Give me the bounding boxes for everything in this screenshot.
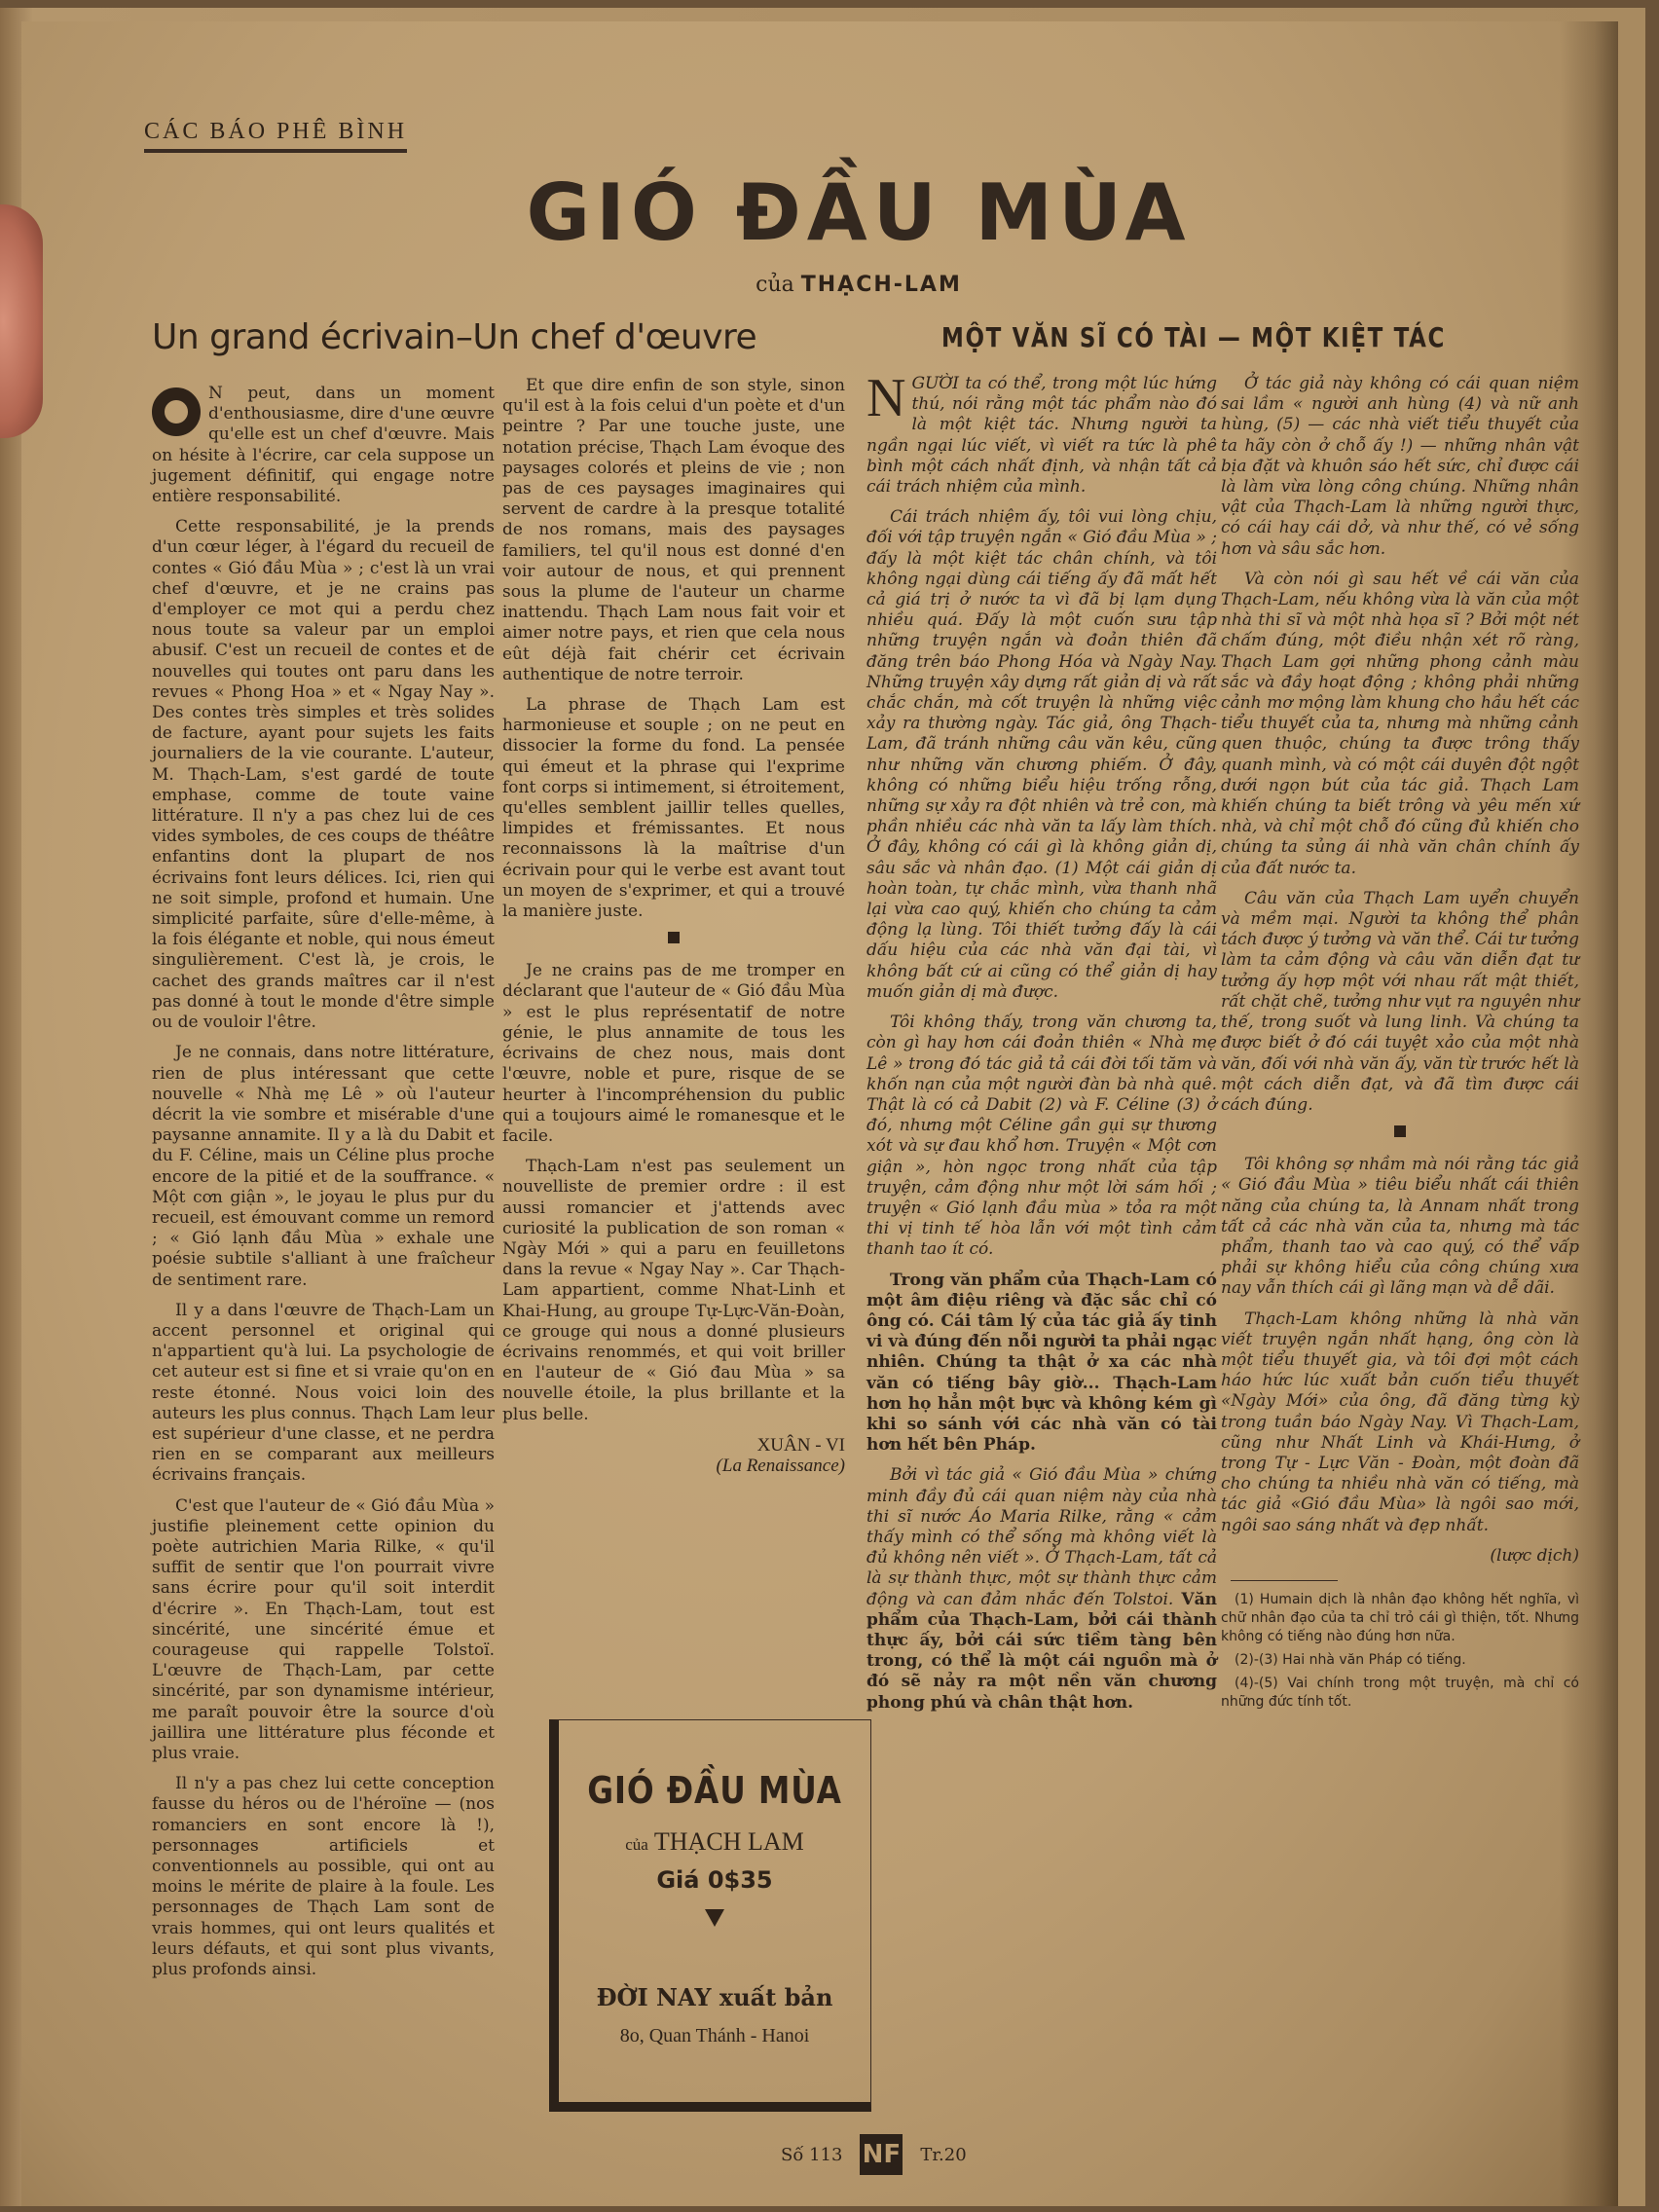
ad-title: GIÓ ĐẦU MÙA (580, 1769, 848, 1812)
byline-author: THẠCH-LAM (801, 273, 962, 297)
vietnamese-column-1: NGƯỜI ta có thể, trong một lúc hứng thú,… (866, 374, 1217, 1723)
vietnamese-paragraph: Và còn nói gì sau hết về cái văn của Thạ… (1221, 570, 1579, 879)
french-heading: Un grand écrivain–Un chef d'œuvre (152, 317, 756, 357)
byline-prefix: của (756, 273, 794, 297)
french-paragraph: La phrase de Thạch Lam est harmonieuse e… (502, 695, 845, 922)
french-paragraph: Il n'y a pas chez lui cette conception f… (152, 1774, 495, 1980)
vietnamese-paragraph: Bởi vì tác giả « Gió đầu Mùa » chứng min… (866, 1465, 1217, 1713)
french-paragraph: C'est que l'auteur de « Gió đầu Mùa » ju… (152, 1496, 495, 1765)
vietnamese-column-2: Ở tác giả này không có cái quan niệm sai… (1221, 374, 1579, 1716)
french-paragraph: Et que dire enfin de son style, sinon qu… (502, 376, 845, 685)
ad-author: của THẠCH LAM (559, 1827, 870, 1857)
french-column-1: N peut, dans un moment d'enthousiasme, d… (152, 384, 495, 1990)
footnotes: (1) Humain dịch là nhân đạo không hết ng… (1221, 1591, 1579, 1712)
french-paragraph: N peut, dans un moment d'enthousiasme, d… (152, 384, 495, 507)
author-signature: XUÂN - VI (502, 1435, 845, 1456)
thumb-holding-page (0, 204, 43, 438)
vietnamese-paragraph: Cái trách nhiệm ấy, tôi vui lòng chịu, đ… (866, 507, 1217, 1003)
source-credit: (La Renaissance) (502, 1456, 845, 1476)
page-number: Tr.20 (920, 2145, 966, 2165)
footnote-divider (1231, 1580, 1338, 1581)
vietnamese-paragraph: Thạch-Lam không những là nhà văn viết tr… (1221, 1309, 1579, 1536)
ad-publisher: ĐỜI NAY xuất bản (559, 1983, 870, 2011)
byline: của THẠCH-LAM (21, 273, 1618, 297)
section-label: CÁC BÁO PHÊ BÌNH (144, 119, 407, 153)
french-paragraph: Il y a dans l'œuvre de Thạch-Lam un acce… (152, 1301, 495, 1487)
dropcap-n: N (866, 376, 905, 421)
french-paragraph: Je ne connais, dans notre littérature, r… (152, 1043, 495, 1290)
magazine-page: CÁC BÁO PHÊ BÌNH GIÓ ĐẦU MÙA của THẠCH-L… (21, 21, 1618, 2206)
vietnamese-paragraph: NGƯỜI ta có thể, trong một lúc hứng thú,… (866, 374, 1217, 498)
french-column-2: Et que dire enfin de son style, sinon qu… (502, 376, 845, 1476)
dropcap-o-icon (152, 387, 201, 436)
ad-address: 8o, Quan Thánh - Hanoi (559, 2025, 870, 2047)
triangle-down-icon (705, 1909, 724, 1927)
vietnamese-paragraph: Câu văn của Thạch Lam uyển chuyển và mềm… (1221, 889, 1579, 1116)
french-paragraph: Thạch-Lam n'est pas seulement un nouvell… (502, 1157, 845, 1425)
section-break-ornament-icon (668, 932, 680, 943)
vietnamese-paragraph: Tôi không thấy, trong văn chương ta, còn… (866, 1013, 1217, 1260)
book-advertisement: GIÓ ĐẦU MÙA của THẠCH LAM Giá 0$35 ĐỜI N… (549, 1719, 871, 2112)
vietnamese-paragraph: Trong văn phẩm của Thạch-Lam có một âm đ… (866, 1271, 1217, 1456)
magazine-page-stack: CÁC BÁO PHÊ BÌNH GIÓ ĐẦU MÙA của THẠCH-L… (0, 8, 1645, 2206)
french-paragraph: Je ne crains pas de me tromper en déclar… (502, 961, 845, 1147)
vietnamese-paragraph: Tôi không sợ nhầm mà nói rằng tác giả « … (1221, 1155, 1579, 1299)
translation-note: (lược dịch) (1221, 1546, 1579, 1567)
page-footer: Số 113 NF Tr.20 (781, 2134, 967, 2175)
footnote: (1) Humain dịch là nhân đạo không hết ng… (1221, 1591, 1579, 1646)
french-paragraph: Cette responsabilité, je la prends d'un … (152, 517, 495, 1033)
vietnamese-heading: MỘT VĂN SĨ CÓ TÀI — MỘT KIỆT TÁC (941, 321, 1446, 353)
footnote: (4)-(5) Vai chính trong một truyện, mà c… (1221, 1675, 1579, 1712)
vietnamese-paragraph: Ở tác giả này không có cái quan niệm sai… (1221, 374, 1579, 560)
footnote: (2)-(3) Hai nhà văn Pháp có tiếng. (1221, 1651, 1579, 1670)
issue-number: Số 113 (781, 2145, 842, 2165)
ad-price: Giá 0$35 (559, 1866, 870, 1894)
section-break-ornament-icon (1394, 1125, 1406, 1137)
article-title: GIÓ ĐẦU MÙA (21, 167, 1618, 258)
magazine-logo-icon: NF (860, 2134, 903, 2175)
